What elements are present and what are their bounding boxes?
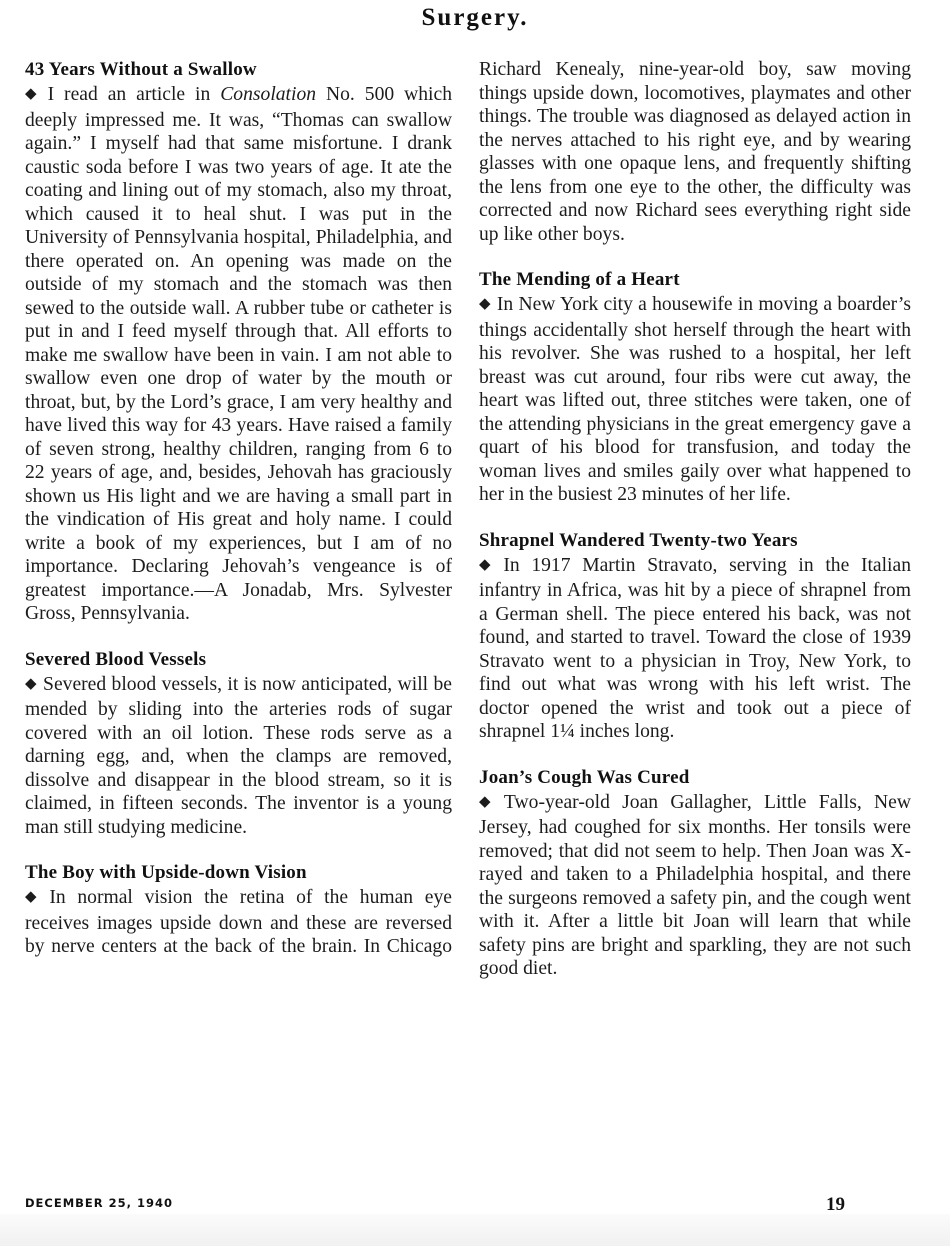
publication-name: Consolation [220, 84, 316, 105]
left-column: 43 Years Without a Swallow ◆I read an ar… [25, 58, 452, 981]
issue-date: DECEMBER 25, 1940 [25, 1196, 173, 1210]
right-column: Richard Kenealy, nine-year-old boy, saw … [479, 58, 911, 1003]
article-joans-cough: Joan’s Cough Was Cured ◆Two-year-old Joa… [479, 766, 911, 981]
diamond-bullet-icon: ◆ [25, 889, 43, 905]
article-headline: The Boy with Upside-down Vision [25, 861, 452, 885]
page-title: Surgery. [0, 4, 950, 32]
diamond-bullet-icon: ◆ [479, 296, 491, 312]
article-body: ◆I read an article in Consolation No. 50… [25, 83, 452, 626]
article-mending-heart: The Mending of a Heart ◆In New York city… [479, 268, 911, 507]
article-shrapnel: Shrapnel Wandered Twenty-two Years ◆In 1… [479, 529, 911, 744]
article-headline: Joan’s Cough Was Cured [479, 766, 911, 790]
article-severed-blood-vessels: Severed Blood Vessels ◆Severed blood ves… [25, 648, 452, 840]
diamond-bullet-icon: ◆ [25, 86, 42, 102]
article-body: ◆Two-year-old Joan Gallagher, Little Fal… [479, 791, 911, 981]
article-body: ◆Severed blood vessels, it is now antici… [25, 673, 452, 840]
article-headline: 43 Years Without a Swallow [25, 58, 452, 82]
page-number: 19 [826, 1194, 845, 1216]
article-43-years: 43 Years Without a Swallow ◆I read an ar… [25, 58, 452, 626]
article-upside-down-vision-continued: Richard Kenealy, nine-year-old boy, saw … [479, 58, 911, 246]
article-body: ◆In 1917 Martin Stravato, serving in the… [479, 554, 911, 744]
article-body: ◆In New York city a housewife in moving … [479, 293, 911, 507]
article-headline: Severed Blood Vessels [25, 648, 452, 672]
article-headline: Shrapnel Wandered Twenty-two Years [479, 529, 911, 553]
page-bottom-margin [0, 1214, 950, 1246]
diamond-bullet-icon: ◆ [25, 676, 37, 692]
diamond-bullet-icon: ◆ [479, 794, 498, 810]
diamond-bullet-icon: ◆ [479, 557, 497, 573]
article-upside-down-vision: The Boy with Upside-down Vision ◆In norm… [25, 861, 452, 959]
article-headline: The Mending of a Heart [479, 268, 911, 292]
article-body-part2: Richard Kenealy, nine-year-old boy, saw … [479, 58, 911, 246]
article-body-part1: ◆In normal vision the retina of the huma… [25, 886, 452, 959]
